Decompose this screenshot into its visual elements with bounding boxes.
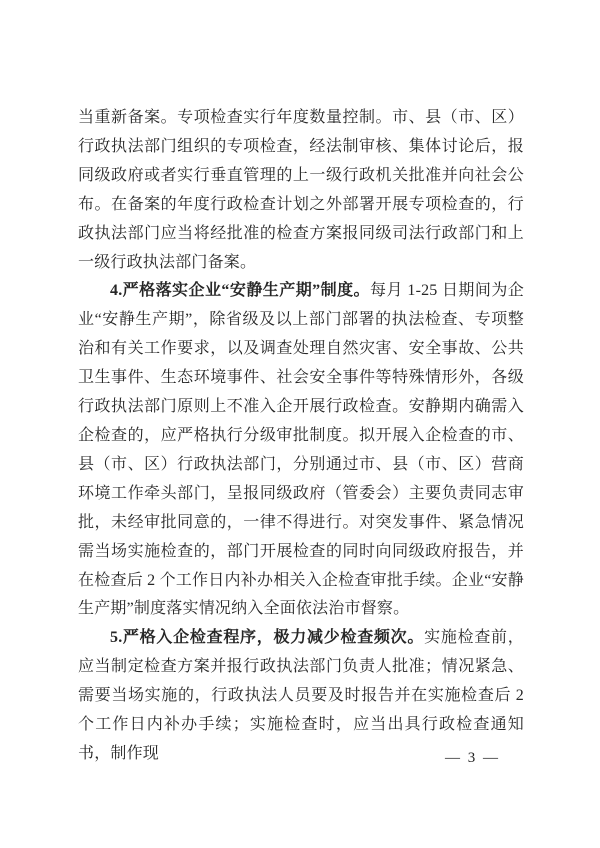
body-text: 当重新备案。专项检查实行年度数量控制。市、县（市、区）行政执法部门组织的专项检查… bbox=[78, 109, 524, 271]
body-text: 实施检查前，应当制定检查方案并报行政执法部门负责人批准；情况紧急、需要当场实施的… bbox=[78, 629, 524, 762]
body-text: 每月 1-25 日期间为企业“安静生产期”，除省级及以上部门部署的执法检查、专项… bbox=[78, 282, 524, 617]
page-number: — 3 — bbox=[445, 750, 500, 767]
paragraph: 4.严格落实企业“安静生产期”制度。每月 1-25 日期间为企业“安静生产期”，… bbox=[78, 277, 524, 624]
item-heading-text: 5.严格入企检查程序，极力减少检查频次。 bbox=[110, 629, 424, 646]
item-heading-text: 4.严格落实企业“安静生产期”制度。 bbox=[110, 282, 370, 299]
paragraph: 5.严格入企检查程序，极力减少检查频次。实施检查前，应当制定检查方案并报行政执法… bbox=[78, 624, 524, 769]
paragraph: 当重新备案。专项检查实行年度数量控制。市、县（市、区）行政执法部门组织的专项检查… bbox=[78, 104, 524, 277]
document-page: 当重新备案。专项检查实行年度数量控制。市、县（市、区）行政执法部门组织的专项检查… bbox=[0, 0, 600, 848]
document-body: 当重新备案。专项检查实行年度数量控制。市、县（市、区）行政执法部门组织的专项检查… bbox=[78, 104, 524, 769]
